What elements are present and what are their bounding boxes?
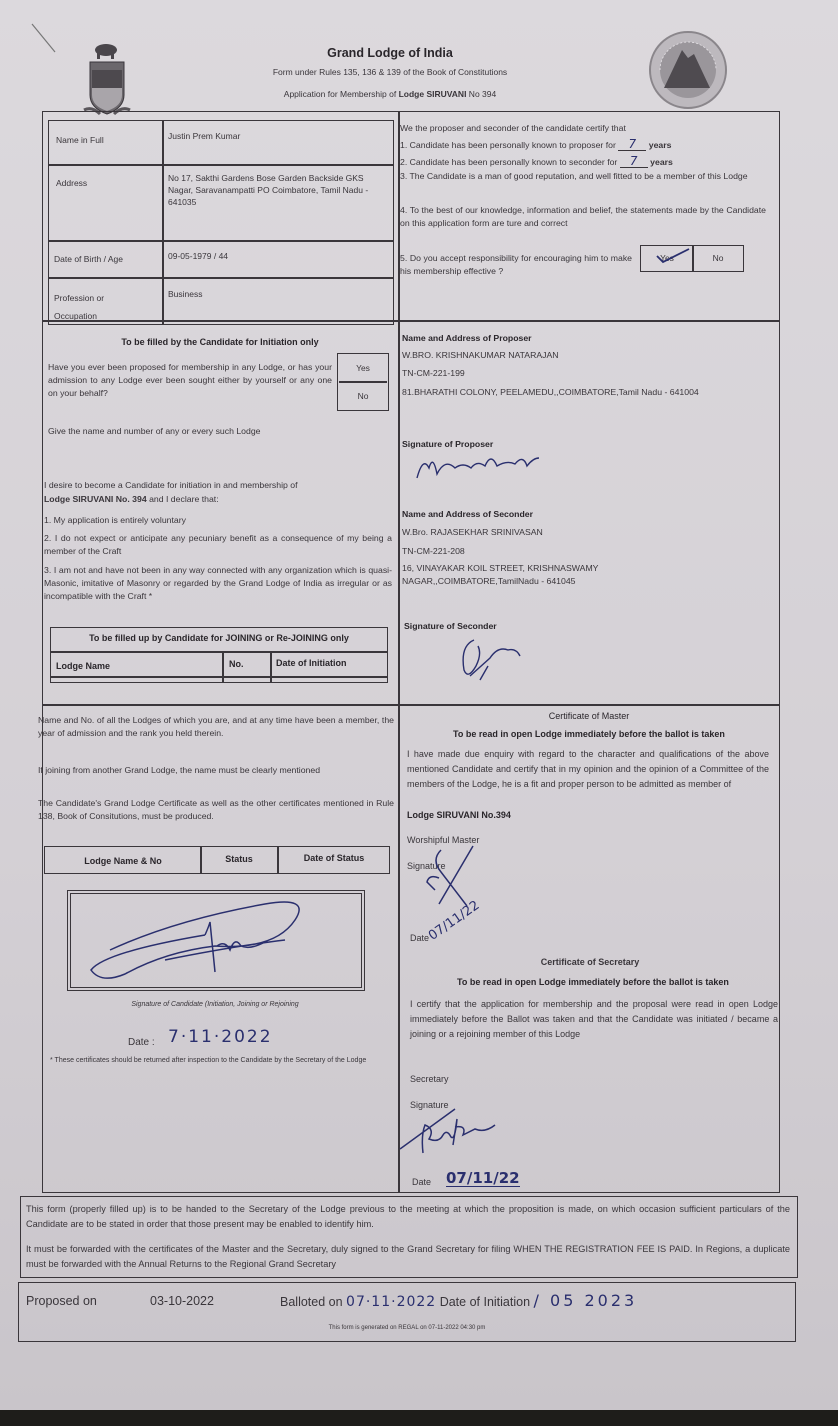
proposer-name: W.BRO. KRISHNAKUMAR NATARAJAN bbox=[402, 349, 559, 362]
master-signature-icon bbox=[425, 842, 495, 912]
certify-item-5: 5. Do you accept responsibility for enco… bbox=[400, 252, 632, 278]
certify-intro: We the proposer and seconder of the cand… bbox=[400, 122, 770, 135]
table-divider bbox=[50, 676, 388, 678]
southern-region-seal-icon bbox=[648, 30, 728, 110]
application-number: No 394 bbox=[466, 89, 496, 99]
master-date-label: Date bbox=[410, 932, 429, 945]
joining-col-lodge-name: Lodge Name bbox=[56, 660, 110, 673]
address-label: Address bbox=[56, 177, 87, 190]
table-divider bbox=[162, 120, 164, 325]
table-divider bbox=[48, 240, 394, 242]
declaration-2: 2. I do not expect or anticipate any pec… bbox=[44, 532, 392, 558]
joining-col-date: Date of Initiation bbox=[276, 657, 347, 670]
years-label: years bbox=[650, 157, 673, 167]
candidate-date-label: Date : bbox=[128, 1036, 155, 1049]
proposer-heading: Name and Address of Proposer bbox=[402, 332, 532, 345]
table-divider bbox=[50, 651, 388, 653]
proposer-signature-icon bbox=[415, 448, 545, 483]
name-value: Justin Prem Kumar bbox=[168, 130, 240, 143]
candidate-signature-icon bbox=[85, 890, 305, 985]
proposer-id: TN-CM-221-199 bbox=[402, 367, 465, 380]
declaration-3: 3. I am not and have not been in any way… bbox=[44, 564, 392, 603]
application-lodge: Lodge SIRUVANI bbox=[399, 89, 467, 99]
certify-item-2: 2. Candidate has been personally known t… bbox=[400, 156, 673, 169]
dob-label: Date of Birth / Age bbox=[54, 253, 123, 266]
history-col-lodge: Lodge Name & No bbox=[46, 855, 200, 868]
desire-suffix: and I declare that: bbox=[147, 494, 219, 504]
responsibility-no-option[interactable]: No bbox=[694, 252, 742, 265]
name-label: Name in Full bbox=[56, 134, 104, 147]
master-cert-body: I have made due enquiry with regard to t… bbox=[407, 747, 769, 792]
balloted-on-label: Balloted on bbox=[280, 1295, 343, 1309]
secretary-date-label: Date bbox=[412, 1176, 431, 1189]
date-of-initiation-value[interactable]: / 05 2023 bbox=[534, 1291, 638, 1310]
table-divider bbox=[222, 651, 224, 683]
master-cert-lodge: Lodge SIRUVANI No.394 bbox=[407, 809, 511, 822]
seconder-signature-label: Signature of Seconder bbox=[404, 620, 497, 633]
application-prefix: Application for Membership of bbox=[284, 89, 399, 99]
seconder-heading: Name and Address of Seconder bbox=[402, 508, 533, 521]
joining-col-no: No. bbox=[229, 658, 244, 671]
declaration-1: 1. My application is entirely voluntary bbox=[44, 514, 186, 527]
initiation-yes-option[interactable]: Yes bbox=[339, 362, 387, 375]
proposer-years-field[interactable]: 7 bbox=[618, 139, 646, 151]
proposed-on-value: 03-10-2022 bbox=[150, 1294, 214, 1309]
desire-lodge: Lodge SIRUVANI No. 394 bbox=[44, 494, 147, 504]
lodges-history-text-1: Name and No. of all the Lodges of which … bbox=[38, 714, 394, 740]
secretary-signature-icon bbox=[395, 1105, 525, 1165]
proposed-on-label: Proposed on bbox=[26, 1294, 97, 1309]
seconder-id: TN-CM-221-208 bbox=[402, 545, 465, 558]
candidate-date-value[interactable]: 7·11·2022 bbox=[168, 1028, 273, 1046]
desire-lodge-line: Lodge SIRUVANI No. 394 and I declare tha… bbox=[44, 493, 219, 506]
years-label: years bbox=[649, 140, 672, 150]
secretary-label: Secretary bbox=[410, 1073, 449, 1086]
table-divider bbox=[48, 277, 394, 279]
balloted-on-field: Balloted on 07·11·2022 Date of Initiatio… bbox=[280, 1293, 637, 1310]
joining-heading: To be filled up by Candidate for JOINING… bbox=[50, 632, 388, 645]
lodges-history-text-2: If joining from another Grand Lodge, the… bbox=[38, 764, 394, 777]
certify-item-1: 1. Candidate has been personally known t… bbox=[400, 139, 671, 152]
date-of-initiation-label: Date of Initiation bbox=[440, 1295, 530, 1309]
certificates-footnote: * These certificates should be returned … bbox=[50, 1055, 390, 1067]
balloted-on-value[interactable]: 07·11·2022 bbox=[346, 1294, 436, 1310]
form-subtitle: Form under Rules 135, 136 & 139 of the B… bbox=[200, 66, 580, 79]
certify-item-2-text: 2. Candidate has been personally known t… bbox=[400, 157, 617, 167]
dob-value: 09-05-1979 / 44 bbox=[168, 250, 228, 263]
instructions-paragraph-2: It must be forwarded with the certificat… bbox=[26, 1242, 790, 1272]
history-col-status: Status bbox=[202, 853, 276, 866]
generated-note: This form is generated on REGAL on 07-11… bbox=[18, 1322, 796, 1335]
seconder-signature-icon bbox=[456, 636, 526, 686]
background-surface bbox=[0, 1410, 838, 1426]
lodges-history-text-3: The Candidate's Grand Lodge Certificate … bbox=[38, 797, 394, 823]
secretary-cert-body: I certify that the application for membe… bbox=[410, 997, 778, 1042]
pencil-mark-icon bbox=[30, 22, 60, 57]
give-name-label: Give the name and number of any or every… bbox=[48, 425, 261, 438]
certify-item-4: 4. To the best of our knowledge, informa… bbox=[400, 204, 766, 230]
option-divider bbox=[339, 381, 387, 383]
grand-lodge-crest-icon bbox=[82, 40, 132, 120]
checkmark-icon bbox=[655, 246, 695, 266]
proposer-address: 81.BHARATHI COLONY, PEELAMEDU,,COIMBATOR… bbox=[402, 386, 742, 399]
section-divider bbox=[42, 320, 780, 322]
certify-item-1-text: 1. Candidate has been personally known t… bbox=[400, 140, 616, 150]
table-divider bbox=[48, 164, 394, 166]
certify-item-3: 3. The Candidate is a man of good reputa… bbox=[400, 170, 766, 183]
master-cert-heading: Certificate of Master bbox=[400, 710, 778, 723]
seconder-address: 16, VINAYAKAR KOIL STREET, KRISHNASWAMY … bbox=[402, 562, 652, 588]
secretary-date-value[interactable]: 07/11/22 bbox=[446, 1170, 520, 1187]
secretary-cert-subheading: To be read in open Lodge immediately bef… bbox=[400, 976, 786, 989]
initiation-no-option[interactable]: No bbox=[339, 390, 387, 403]
table-divider bbox=[270, 651, 272, 683]
profession-value: Business bbox=[168, 288, 203, 301]
history-col-date: Date of Status bbox=[279, 852, 389, 865]
instructions-paragraph-1: This form (properly filled up) is to be … bbox=[26, 1202, 790, 1232]
desire-text: I desire to become a Candidate for initi… bbox=[44, 479, 392, 492]
seconder-years-field[interactable]: 7 bbox=[620, 156, 648, 168]
master-cert-subheading: To be read in open Lodge immediately bef… bbox=[400, 728, 778, 741]
seconder-name: W.Bro. RAJASEKHAR SRINIVASAN bbox=[402, 526, 543, 539]
initiation-heading: To be filled by the Candidate for Initia… bbox=[44, 336, 396, 349]
initiation-question: Have you ever been proposed for membersh… bbox=[48, 361, 332, 400]
application-heading: Application for Membership of Lodge SIRU… bbox=[200, 88, 580, 101]
section-divider bbox=[42, 704, 780, 706]
form-title: Grand Lodge of India bbox=[200, 46, 580, 61]
address-value: No 17, Sakthi Gardens Bose Garden Backsi… bbox=[168, 172, 390, 208]
candidate-signature-caption: Signature of Candidate (Initiation, Join… bbox=[60, 998, 370, 1011]
secretary-cert-heading: Certificate of Secretary bbox=[480, 956, 700, 969]
